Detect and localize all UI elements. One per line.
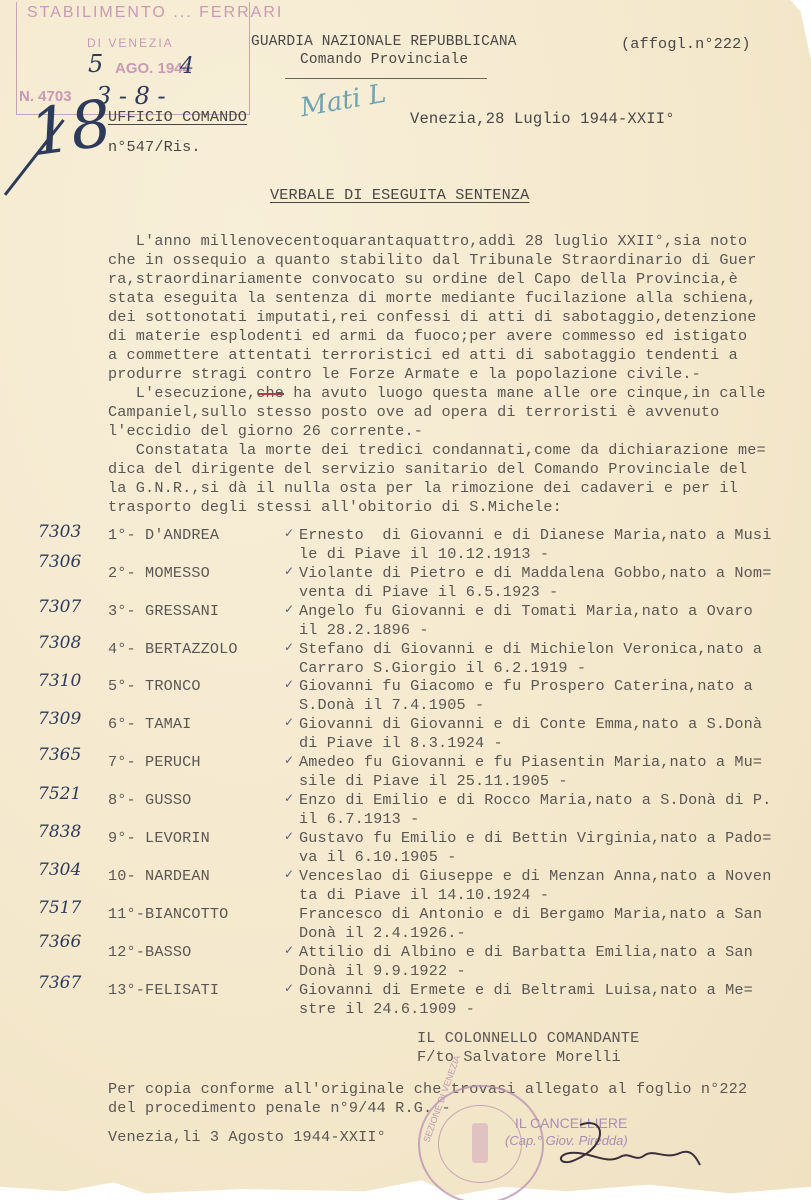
org-name: GUARDIA NAZIONALE REPUBBLICANA <box>251 33 517 52</box>
torn-bottom-edge <box>0 1178 811 1200</box>
margin-number: 7306 <box>38 552 81 572</box>
item-line1: Francesco di Antonio e di Bergamo Maria,… <box>299 905 762 924</box>
margin-number: 7521 <box>38 784 81 804</box>
body-line: l'eccidio del giorno 26 corrente.- <box>108 422 423 441</box>
item-index: 4°- BERTAZZOLO <box>108 640 238 659</box>
stamp-line2: DI VENEZIA <box>87 36 174 50</box>
header-rule <box>285 78 487 79</box>
item-index: 8°- GUSSO <box>108 791 191 810</box>
certification-place-date: Venezia,li 3 Agosto 1944-XXII° <box>108 1128 386 1147</box>
fasces-emblem-icon <box>472 1123 488 1163</box>
item-line2: Donà il 9.9.1922 - <box>299 962 466 981</box>
item-index: 13°-FELISATI <box>108 981 219 1000</box>
handwritten-blue-mark: Mati L <box>298 79 388 124</box>
margin-number: 7310 <box>38 671 81 691</box>
body-line: L'anno millenovecentoquarantaquattro,add… <box>108 232 747 251</box>
item-line1: Giovanni di Giovanni e di Conte Emma,nat… <box>299 715 762 734</box>
clerk-signature-icon <box>550 1115 710 1180</box>
item-index: 10- NARDEAN <box>108 867 210 886</box>
org-sub: Comando Provinciale <box>300 51 468 70</box>
margin-number: 7303 <box>38 522 81 542</box>
stamp-line1: STABILIMENTO ... FERRARI <box>27 4 283 22</box>
item-index: 11°-BIANCOTTO <box>108 905 228 924</box>
item-line1: Violante di Pietro e di Maddalena Gobbo,… <box>299 564 771 583</box>
item-line1: Gustavo fu Emilio e di Bettin Virginia,n… <box>299 829 771 848</box>
struck-word-mark <box>258 393 284 395</box>
torn-top-right-corner <box>760 0 811 60</box>
check-icon: ✓ <box>284 677 294 691</box>
body-line: L'esecuzione,che ha avuto luogo questa m… <box>108 384 766 403</box>
margin-number: 7304 <box>38 860 81 880</box>
margin-number: 7838 <box>38 822 81 842</box>
item-line1: Stefano di Giovanni e di Michielon Veron… <box>299 640 762 659</box>
check-icon: ✓ <box>284 867 294 881</box>
office-label: UFFICIO COMANDO <box>108 108 247 127</box>
body-line: la G.N.R.,si dà il nulla osta per la rim… <box>108 479 738 498</box>
handwritten-day: 5 <box>88 50 103 78</box>
check-icon: ✓ <box>284 715 294 729</box>
item-index: 3°- GRESSANI <box>108 602 219 621</box>
check-icon: ✓ <box>284 526 294 540</box>
check-icon: ✓ <box>284 602 294 616</box>
item-line2: ta di Piave il 14.10.1924 - <box>299 886 549 905</box>
signatory-title: IL COLONNELLO COMANDANTE <box>417 1029 639 1048</box>
item-line1: Ernesto di Giovanni e di Dianese Maria,n… <box>299 526 771 545</box>
body-line: che in ossequio a quanto stabilito dal T… <box>108 251 756 270</box>
body-line: dei sottonotati imputati,rei confessi di… <box>108 308 756 327</box>
margin-number: 7517 <box>38 898 81 918</box>
item-index: 9°- LEVORIN <box>108 829 210 848</box>
body-line: Campaniel,sullo stesso posto ove ad oper… <box>108 403 719 422</box>
body-line: stata eseguita la sentenza di morte medi… <box>108 289 756 308</box>
item-index: 5°- TRONCO <box>108 677 201 696</box>
attachment-ref: (affogl.n°222) <box>621 35 751 54</box>
item-line2: il 6.7.1913 - <box>299 810 419 829</box>
item-line1: Venceslao di Giuseppe e di Menzan Anna,n… <box>299 867 771 886</box>
item-line2: le di Piave il 10.12.1913 - <box>299 545 549 564</box>
body-line: Constatata la morte dei tredici condanna… <box>108 441 766 460</box>
check-icon: ✓ <box>284 829 294 843</box>
document-page: STABILIMENTO ... FERRARI DI VENEZIA AGO.… <box>0 0 811 1200</box>
certification-line: del procedimento penale n°9/44 R.G. - <box>108 1099 451 1118</box>
item-index: 6°- TAMAI <box>108 715 191 734</box>
body-line: produrre stragi contro le Forze Armate e… <box>108 365 701 384</box>
item-index: 1°- D'ANDREA <box>108 526 219 545</box>
handwritten-margin-number: 18 <box>25 87 116 172</box>
item-line2: S.Donà il 7.4.1905 - <box>299 696 484 715</box>
check-icon: ✓ <box>284 564 294 578</box>
item-line1: Angelo fu Giovanni e di Tomati Maria,nat… <box>299 602 753 621</box>
body-line: trasporto degli stessi all'obitorio di S… <box>108 498 562 517</box>
certification-line: Per copia conforme all'originale che tro… <box>108 1080 747 1099</box>
item-line1: Enzo di Emilio e di Rocco Maria,nato a S… <box>299 791 771 810</box>
item-line2: il 28.2.1896 - <box>299 621 429 640</box>
check-icon: ✓ <box>284 981 294 995</box>
body-line: ra,straordinariamente convocato su ordin… <box>108 270 738 289</box>
item-line2: Carraro S.Giorgio il 6.2.1919 - <box>299 659 586 678</box>
check-icon: ✓ <box>284 943 294 957</box>
body-line: di materie esplodenti ed armi da fuoco;p… <box>108 327 747 346</box>
margin-number: 7309 <box>38 709 81 729</box>
item-line2: sile di Piave il 25.11.1905 - <box>299 772 568 791</box>
item-line2: di Piave il 8.3.1924 - <box>299 734 503 753</box>
item-index: 2°- MOMESSO <box>108 564 210 583</box>
item-index: 7°- PERUCH <box>108 753 201 772</box>
item-line2: va il 6.10.1905 - <box>299 848 457 867</box>
margin-number: 7308 <box>38 633 81 653</box>
signatory-name: F/to Salvatore Morelli <box>417 1048 621 1067</box>
item-line1: Giovanni fu Giacomo e fu Prospero Cateri… <box>299 677 753 696</box>
margin-number: 7366 <box>38 932 81 952</box>
body-line: dica del dirigente del servizio sanitari… <box>108 460 747 479</box>
place-date: Venezia,28 Luglio 1944-XXII° <box>410 110 675 129</box>
item-index: 12°-BASSO <box>108 943 191 962</box>
item-line2: venta di Piave il 6.5.1923 - <box>299 583 558 602</box>
item-line1: Amedeo fu Giovanni e fu Piasentin Maria,… <box>299 753 762 772</box>
margin-number: 7307 <box>38 597 81 617</box>
body-line: a commettere attentati terroristici ed a… <box>108 346 738 365</box>
check-icon: ✓ <box>284 791 294 805</box>
protocol-number: n°547/Ris. <box>108 138 201 157</box>
item-line1: Attilio di Albino e di Barbatta Emilia,n… <box>299 943 753 962</box>
check-icon: ✓ <box>284 640 294 654</box>
item-line1: Giovanni di Ermete e di Beltrami Luisa,n… <box>299 981 753 1000</box>
margin-number: 7367 <box>38 973 81 993</box>
item-line2: Donà il 2.4.1926.- <box>299 924 466 943</box>
handwritten-year-digit: 4 <box>180 54 194 79</box>
check-icon: ✓ <box>284 753 294 767</box>
document-title: VERBALE DI ESEGUITA SENTENZA <box>270 186 529 205</box>
margin-number: 7365 <box>38 745 81 765</box>
item-line2: stre il 24.6.1909 - <box>299 1000 475 1019</box>
